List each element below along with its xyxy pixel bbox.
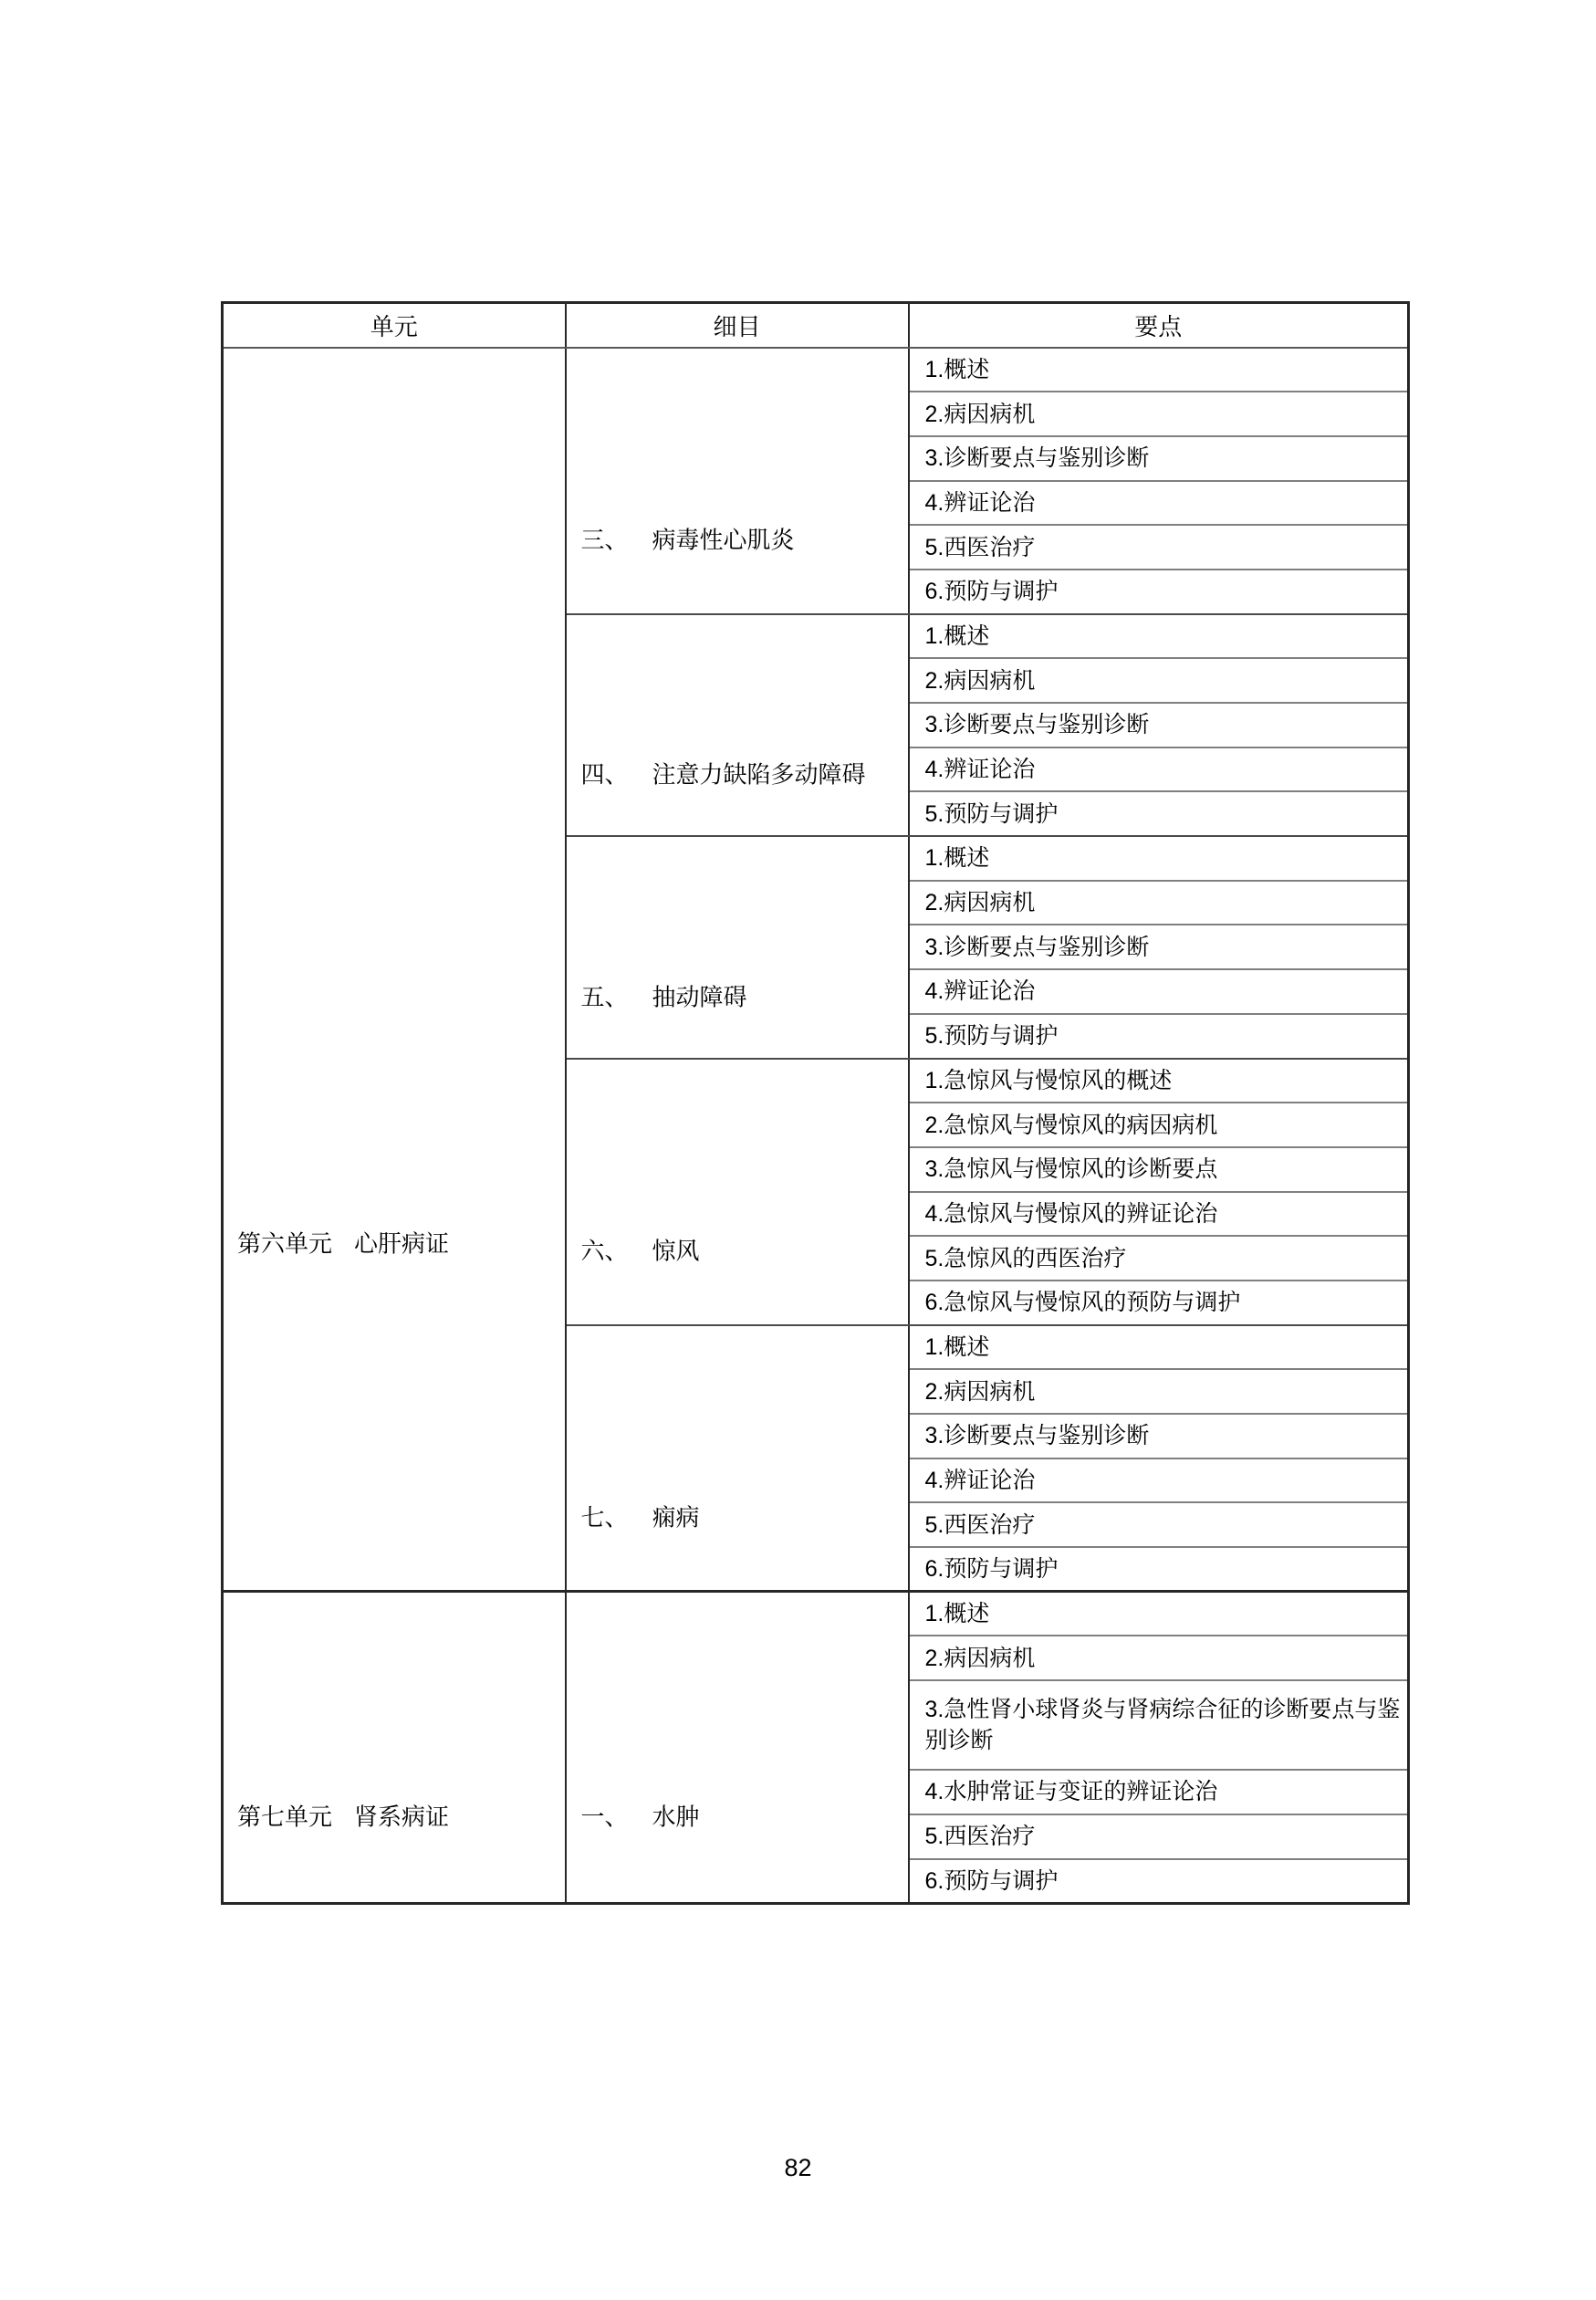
point-cell: 6.预防与调护 — [909, 570, 1409, 614]
point-cell: 5.西医治疗 — [909, 525, 1409, 570]
point-cell: 3.诊断要点与鉴别诊断 — [909, 703, 1409, 747]
point-cell: 1.概述 — [909, 348, 1409, 392]
point-cell: 4.辨证论治 — [909, 1458, 1409, 1503]
point-cell: 1.概述 — [909, 614, 1409, 659]
point-cell: 3.急性肾小球肾炎与肾病综合征的诊断要点与鉴别诊断 — [909, 1680, 1409, 1770]
point-cell: 6.预防与调护 — [909, 1859, 1409, 1904]
point-cell: 2.病因病机 — [909, 1369, 1409, 1414]
item-title: 水肿 — [652, 1798, 700, 1832]
item-text: 六、惊风 — [581, 1233, 700, 1267]
page-number: 82 — [0, 2154, 1596, 2182]
point-cell: 3.诊断要点与鉴别诊断 — [909, 436, 1409, 481]
point-cell: 1.概述 — [909, 836, 1409, 881]
unit-text: 第七单元肾系病证 — [237, 1798, 449, 1832]
unit-label: 第六单元 — [237, 1226, 332, 1260]
point-cell: 2.病因病机 — [909, 658, 1409, 703]
point-cell: 4.水肿常证与变证的辨证论治 — [909, 1770, 1409, 1814]
document-page: 单元 细目 要点 第六单元心肝病证三、病毒性心肌炎1.概述2.病因病机3.诊断要… — [0, 0, 1596, 2300]
point-cell: 2.急惊风与慢惊风的病因病机 — [909, 1103, 1409, 1147]
item-number: 七、 — [581, 1500, 629, 1533]
item-number: 三、 — [581, 522, 629, 556]
item-title: 惊风 — [652, 1233, 700, 1267]
point-cell: 4.辨证论治 — [909, 747, 1409, 792]
unit-title: 肾系病证 — [354, 1798, 449, 1832]
point-cell: 3.诊断要点与鉴别诊断 — [909, 925, 1409, 969]
item-number: 一、 — [581, 1798, 629, 1832]
item-text: 一、水肿 — [581, 1798, 700, 1832]
point-cell: 1.概述 — [909, 1325, 1409, 1370]
syllabus-table: 单元 细目 要点 第六单元心肝病证三、病毒性心肌炎1.概述2.病因病机3.诊断要… — [221, 301, 1410, 1905]
point-cell: 5.预防与调护 — [909, 791, 1409, 836]
item-title: 痫病 — [652, 1500, 700, 1533]
item-number: 五、 — [581, 978, 629, 1012]
item-text: 四、注意力缺陷多动障碍 — [581, 757, 866, 790]
point-cell: 3.急惊风与慢惊风的诊断要点 — [909, 1147, 1409, 1192]
point-cell: 6.预防与调护 — [909, 1547, 1409, 1592]
unit-text: 第六单元心肝病证 — [237, 1226, 449, 1260]
point-cell: 1.急惊风与慢惊风的概述 — [909, 1059, 1409, 1103]
item-number: 六、 — [581, 1233, 629, 1267]
item-title: 病毒性心肌炎 — [652, 522, 795, 556]
unit-cell: 第六单元心肝病证 — [223, 348, 566, 1592]
item-cell: 一、水肿 — [566, 1592, 909, 1903]
point-cell: 5.西医治疗 — [909, 1502, 1409, 1547]
item-text: 三、病毒性心肌炎 — [581, 522, 795, 556]
column-header-item: 细目 — [566, 303, 909, 348]
point-cell: 3.诊断要点与鉴别诊断 — [909, 1414, 1409, 1458]
point-cell: 1.概述 — [909, 1592, 1409, 1636]
item-title: 抽动障碍 — [652, 978, 747, 1012]
item-cell: 七、痫病 — [566, 1325, 909, 1592]
point-cell: 5.急惊风的西医治疗 — [909, 1236, 1409, 1281]
point-cell: 5.西医治疗 — [909, 1814, 1409, 1859]
item-cell: 四、注意力缺陷多动障碍 — [566, 614, 909, 836]
table-row: 第六单元心肝病证三、病毒性心肌炎1.概述 — [223, 348, 1409, 392]
item-text: 七、痫病 — [581, 1500, 700, 1533]
item-cell: 五、抽动障碍 — [566, 836, 909, 1058]
point-cell: 5.预防与调护 — [909, 1014, 1409, 1059]
item-text: 五、抽动障碍 — [581, 978, 747, 1012]
column-header-unit: 单元 — [223, 303, 566, 348]
point-cell: 6.急惊风与慢惊风的预防与调护 — [909, 1281, 1409, 1325]
point-cell: 4.辨证论治 — [909, 969, 1409, 1014]
point-cell: 2.病因病机 — [909, 1636, 1409, 1680]
table-row: 第七单元肾系病证一、水肿1.概述 — [223, 1592, 1409, 1636]
item-cell: 六、惊风 — [566, 1059, 909, 1325]
item-title: 注意力缺陷多动障碍 — [652, 757, 866, 790]
point-cell: 4.急惊风与慢惊风的辨证论治 — [909, 1192, 1409, 1237]
unit-title: 心肝病证 — [354, 1226, 449, 1260]
point-cell: 2.病因病机 — [909, 392, 1409, 436]
header-row: 单元 细目 要点 — [223, 303, 1409, 348]
point-cell: 2.病因病机 — [909, 881, 1409, 925]
item-number: 四、 — [581, 757, 629, 790]
item-cell: 三、病毒性心肌炎 — [566, 348, 909, 614]
column-header-point: 要点 — [909, 303, 1409, 348]
unit-cell: 第七单元肾系病证 — [223, 1592, 566, 1903]
point-cell: 4.辨证论治 — [909, 481, 1409, 526]
unit-label: 第七单元 — [237, 1798, 332, 1832]
